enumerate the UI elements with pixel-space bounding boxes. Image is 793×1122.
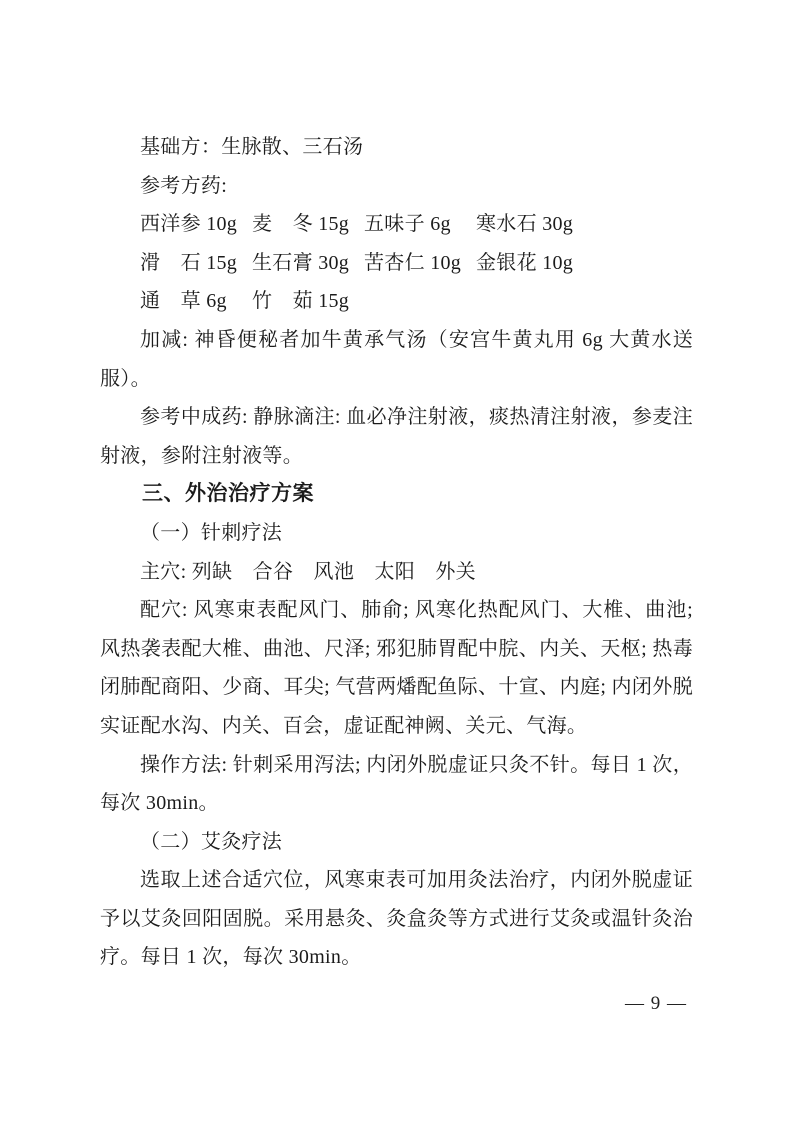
prescription-row: 滑 石 15g 生石膏 30g 苦杏仁 10g 金银花 10g [100, 244, 693, 283]
subsection-1-heading: （一）针刺疗法 [100, 514, 693, 553]
main-acupoints-line: 主穴: 列缺 合谷 风池 太阳 外关 [100, 553, 693, 592]
page-number: — 9 — [625, 993, 687, 1015]
section-3-heading: 三、外治治疗方案 [100, 475, 693, 514]
herb-item: 竹 茹 15g [252, 282, 349, 321]
document-page: { "page": { "number": "— 9 —" }, "conten… [0, 0, 793, 1122]
herb-item: 通 草 6g [140, 282, 252, 321]
matching-acupoints-paragraph: 配穴: 风寒束表配风门、肺俞; 风寒化热配风门、大椎、曲池; 风热袭表配大椎、曲… [100, 591, 693, 745]
herb-item: 滑 石 15g [140, 244, 252, 283]
subsection-2-heading: （二）艾灸疗法 [100, 823, 693, 862]
prescription-row: 西洋参 10g 麦 冬 15g 五味子 6g 寒水石 30g [100, 205, 693, 244]
modification-paragraph: 加减: 神昏便秘者加牛黄承气汤（安宫牛黄丸用 6g 大黄水送服）。 [100, 321, 693, 398]
herb-item: 五味子 6g [364, 205, 476, 244]
base-formula-line: 基础方：生脉散、三石汤 [100, 128, 693, 167]
herb-item: 西洋参 10g [140, 205, 252, 244]
herb-item: 生石膏 30g [252, 244, 364, 283]
herb-item: 苦杏仁 10g [364, 244, 476, 283]
patent-medicine-paragraph: 参考中成药: 静脉滴注: 血必净注射液，痰热清注射液，参麦注射液，参附注射液等。 [100, 398, 693, 475]
moxibustion-paragraph: 选取上述合适穴位，风寒束表可加用灸法治疗，内闭外脱虚证予以艾灸回阳固脱。采用悬灸… [100, 861, 693, 977]
document-body: 基础方：生脉散、三石汤 参考方药: 西洋参 10g 麦 冬 15g 五味子 6g… [100, 128, 693, 977]
herb-item: 麦 冬 15g [252, 205, 364, 244]
herb-item: 寒水石 30g [476, 205, 573, 244]
operation-method-paragraph: 操作方法: 针刺采用泻法; 内闭外脱虚证只灸不针。每日 1 次，每次 30min… [100, 746, 693, 823]
herb-item: 金银花 10g [476, 244, 573, 283]
prescription-row: 通 草 6g 竹 茹 15g [100, 282, 693, 321]
reference-formula-title: 参考方药: [100, 167, 693, 206]
